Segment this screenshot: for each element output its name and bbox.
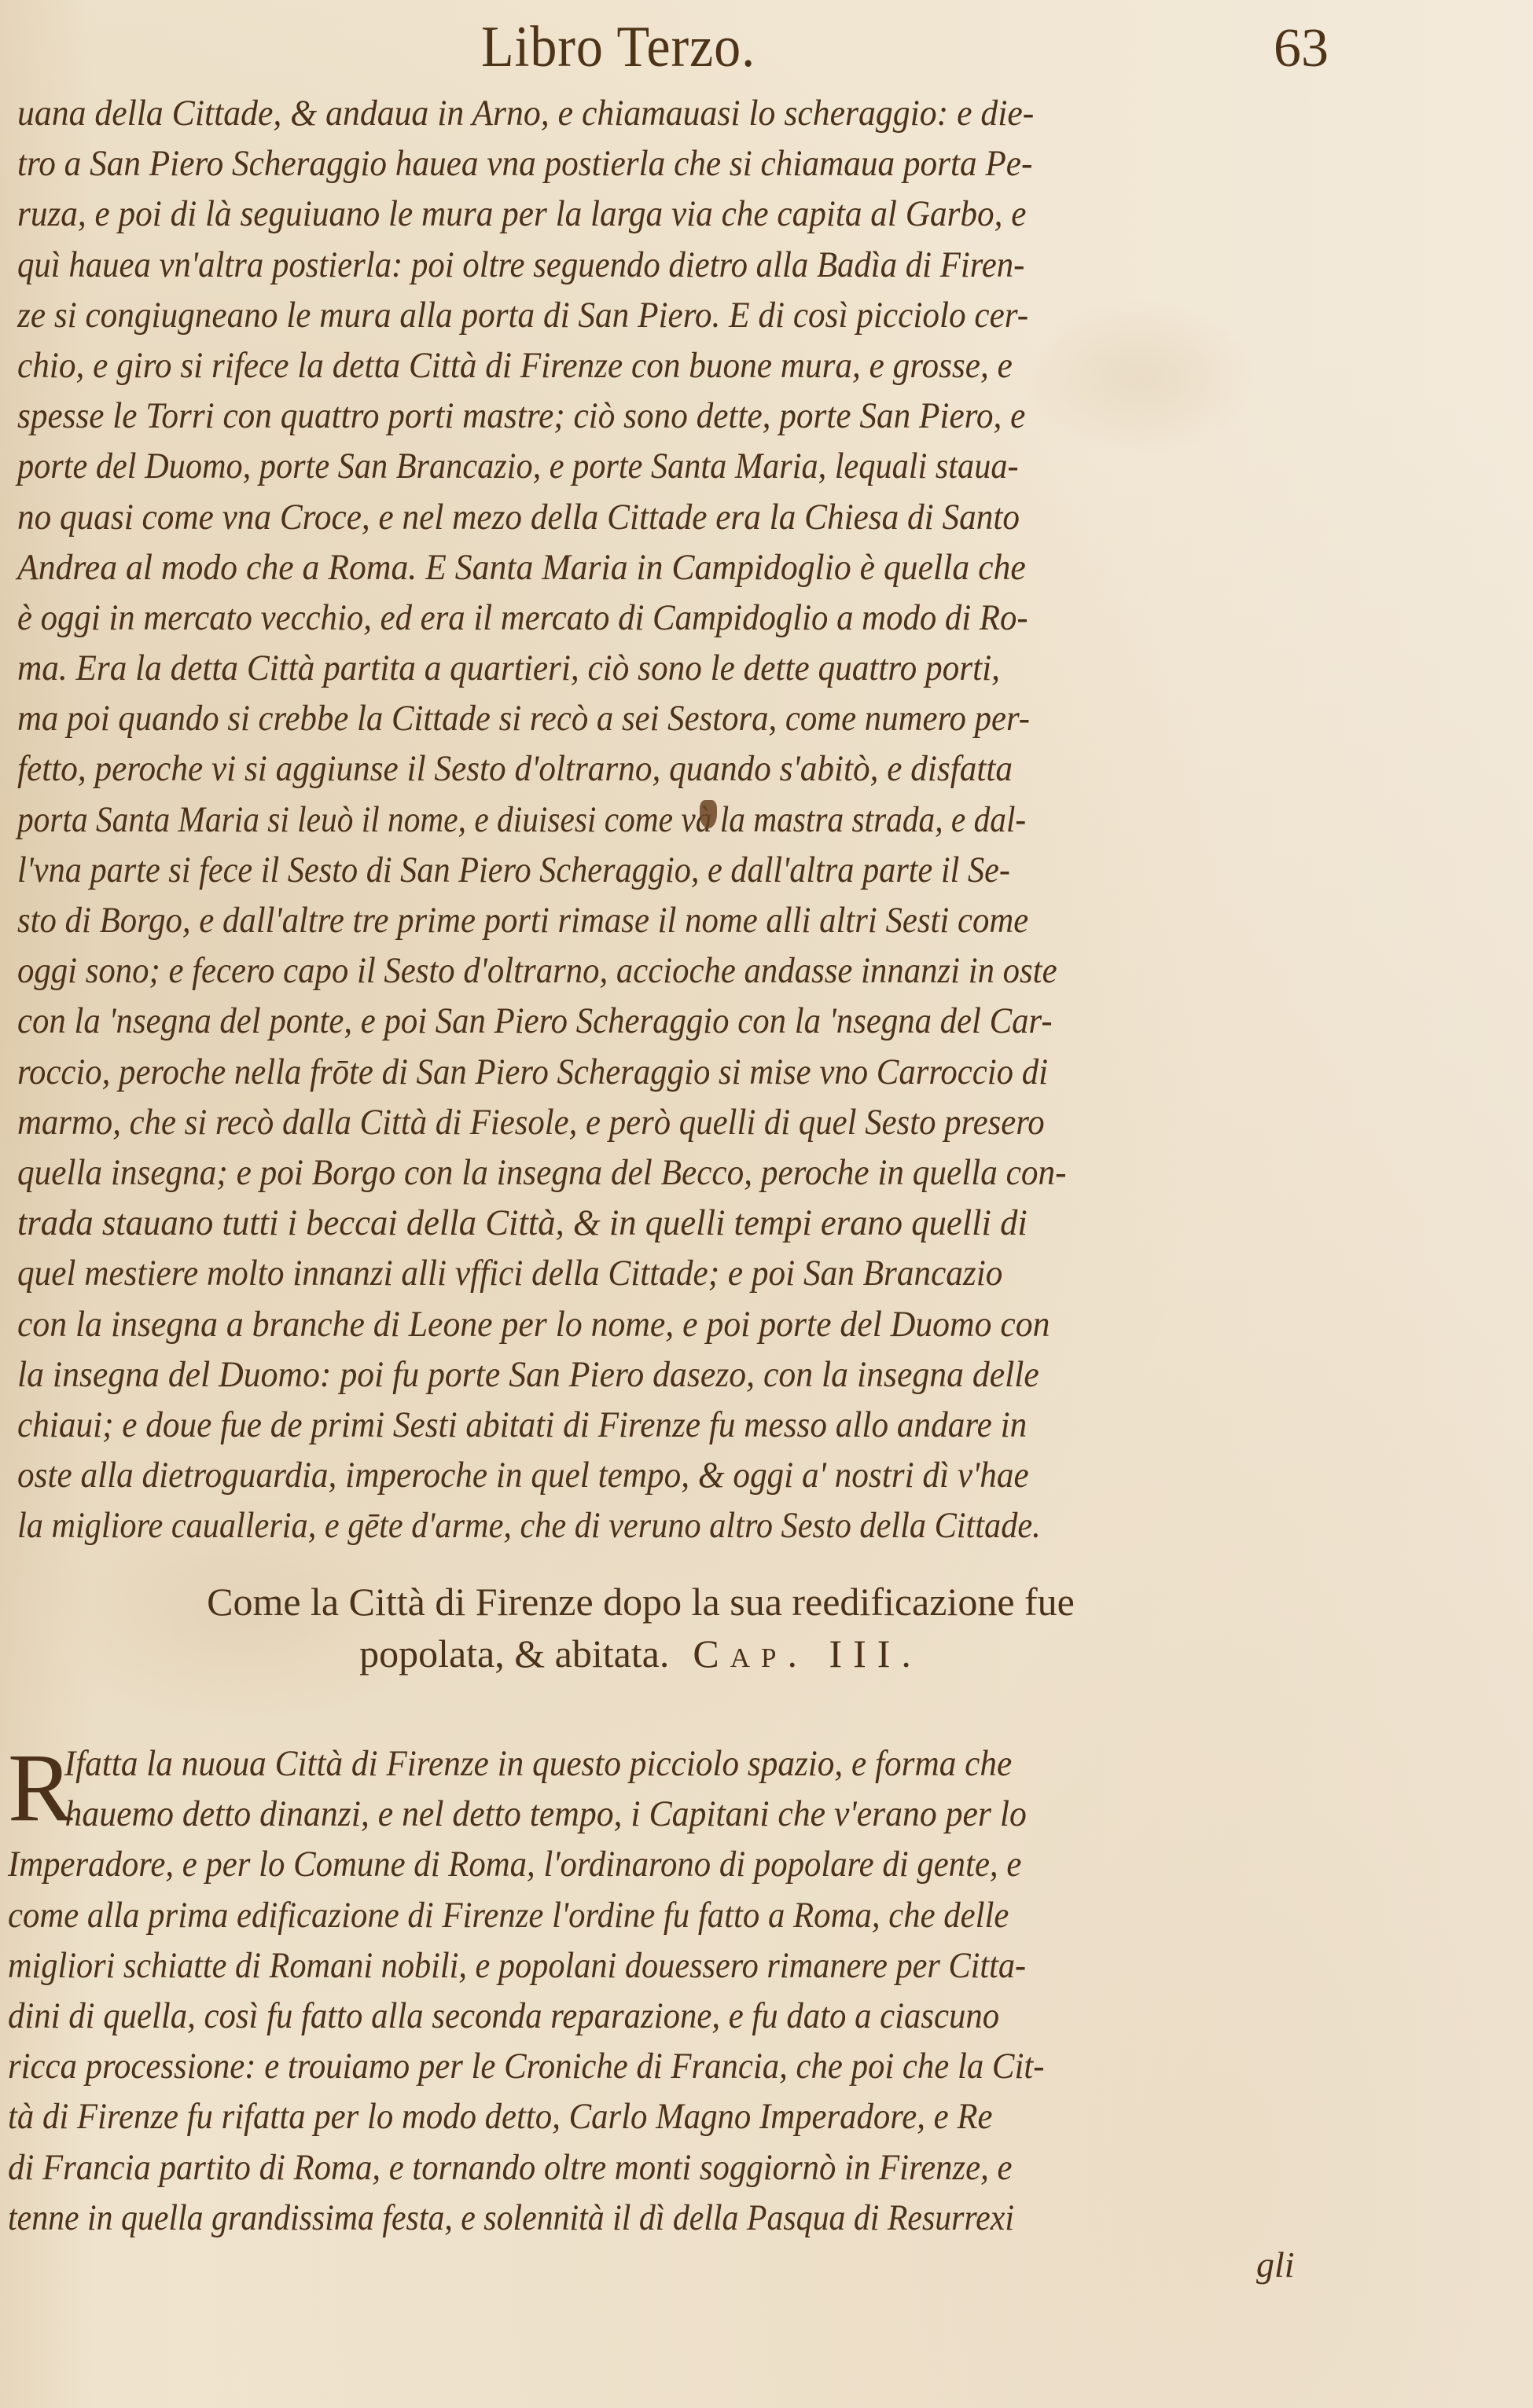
- text-line: quella insegna; e poi Borgo con la inseg…: [17, 1147, 1225, 1198]
- text-line: ruza, e poi di là seguiuano le mura per …: [17, 189, 1225, 239]
- chapter-title-line-2-text: popolata, & abitata.: [359, 1632, 669, 1676]
- text-line: spesse le Torri con quattro porti mastre…: [17, 391, 1225, 441]
- text-line: tenne in quella grandissima festa, e sol…: [8, 2193, 1183, 2243]
- text-line: tà di Firenze fu rifatta per lo modo det…: [8, 2091, 1210, 2142]
- text-line: ricca processione: e trouiamo per le Cro…: [8, 2041, 1210, 2091]
- text-line: con la insegna a branche di Leone per lo…: [17, 1299, 1238, 1349]
- running-head: Libro Terzo. 63: [0, 14, 1533, 85]
- text-line: ma. Era la detta Città partita a quartie…: [17, 643, 1225, 693]
- catchword: gli: [1256, 2244, 1295, 2285]
- text-line: con la 'nsegna del ponte, e poi San Pier…: [17, 996, 1212, 1046]
- text-line: ze si congiugneano le mura alla porta di…: [17, 290, 1225, 340]
- text-line: migliori schiatte di Romani nobili, e po…: [8, 1940, 1197, 1991]
- text-line: oggi sono; e fecero capo il Sesto d'oltr…: [17, 945, 1212, 996]
- chapter-title-line-2: popolata, & abitata.Cap. III.: [0, 1628, 1533, 1679]
- page-number: 63: [1274, 17, 1329, 80]
- ink-blot: [700, 800, 717, 828]
- text-line: come alla prima edificazione di Firenze …: [8, 1890, 1210, 1940]
- text-line: è oggi in mercato vecchio, ed era il mer…: [17, 593, 1212, 643]
- text-line: tro a San Piero Scheraggio hauea vna pos…: [17, 138, 1225, 189]
- chapter-number: Cap. III.: [693, 1632, 922, 1676]
- text-line: la migliore caualleria, e gēte d'arme, c…: [17, 1500, 1199, 1551]
- running-title: Libro Terzo.: [481, 14, 755, 81]
- text-line: la insegna del Duomo: poi fu porte San P…: [17, 1349, 1238, 1400]
- text-line: hauemo detto dinanzi, e nel detto tempo,…: [8, 1789, 1236, 1839]
- text-line: Ifatta la nuoua Città di Firenze in ques…: [8, 1738, 1223, 1789]
- chapter-heading: Come la Città di Firenze dopo la sua ree…: [0, 1576, 1533, 1679]
- text-line: sto di Borgo, e dall'altre tre prime por…: [17, 895, 1212, 945]
- text-line: dini di quella, così fu fatto alla secon…: [8, 1991, 1210, 2041]
- chapter-body: R Ifatta la nuoua Città di Firenze in qu…: [8, 1738, 1329, 2243]
- text-line: no quasi come vna Croce, e nel mezo dell…: [17, 492, 1225, 542]
- text-line: oste alla dietroguardia, imperoche in qu…: [17, 1450, 1225, 1500]
- text-line: quel mestiere molto innanzi alli vffici …: [17, 1248, 1225, 1298]
- text-line: chiaui; e doue fue de primi Sesti abitat…: [17, 1400, 1225, 1450]
- text-line: marmo, che si recò dalla Città di Fiesol…: [17, 1097, 1212, 1147]
- text-line: trada stauano tutti i beccai della Città…: [17, 1198, 1265, 1248]
- text-line: porte del Duomo, porte San Brancazio, e …: [17, 441, 1199, 491]
- text-line: di Francia partito di Roma, e tornando o…: [8, 2142, 1210, 2193]
- book-page: Libro Terzo. 63 uana della Cittade, & an…: [0, 0, 1533, 2408]
- text-line: ma poi quando si crebbe la Cittade si re…: [17, 693, 1212, 743]
- chapter-title-line-1: Come la Città di Firenze dopo la sua ree…: [0, 1576, 1533, 1628]
- body-text: uana della Cittade, & andaua in Arno, e …: [17, 88, 1330, 1551]
- text-line: chio, e giro si rifece la detta Città di…: [17, 340, 1225, 391]
- text-line: quì hauea vn'altra postierla: poi oltre …: [17, 240, 1212, 290]
- text-line: Imperadore, e per lo Comune di Roma, l'o…: [8, 1839, 1210, 1889]
- text-line: Andrea al modo che a Roma. E Santa Maria…: [17, 542, 1238, 593]
- text-line: uana della Cittade, & andaua in Arno, e …: [17, 88, 1238, 138]
- text-line: fetto, peroche vi si aggiunse il Sesto d…: [17, 743, 1225, 794]
- text-line: roccio, peroche nella frōte di San Piero…: [17, 1047, 1212, 1097]
- text-line: porta Santa Maria si leuò il nome, e diu…: [17, 795, 1173, 845]
- text-line: l'vna parte si fece il Sesto di San Pier…: [17, 845, 1199, 895]
